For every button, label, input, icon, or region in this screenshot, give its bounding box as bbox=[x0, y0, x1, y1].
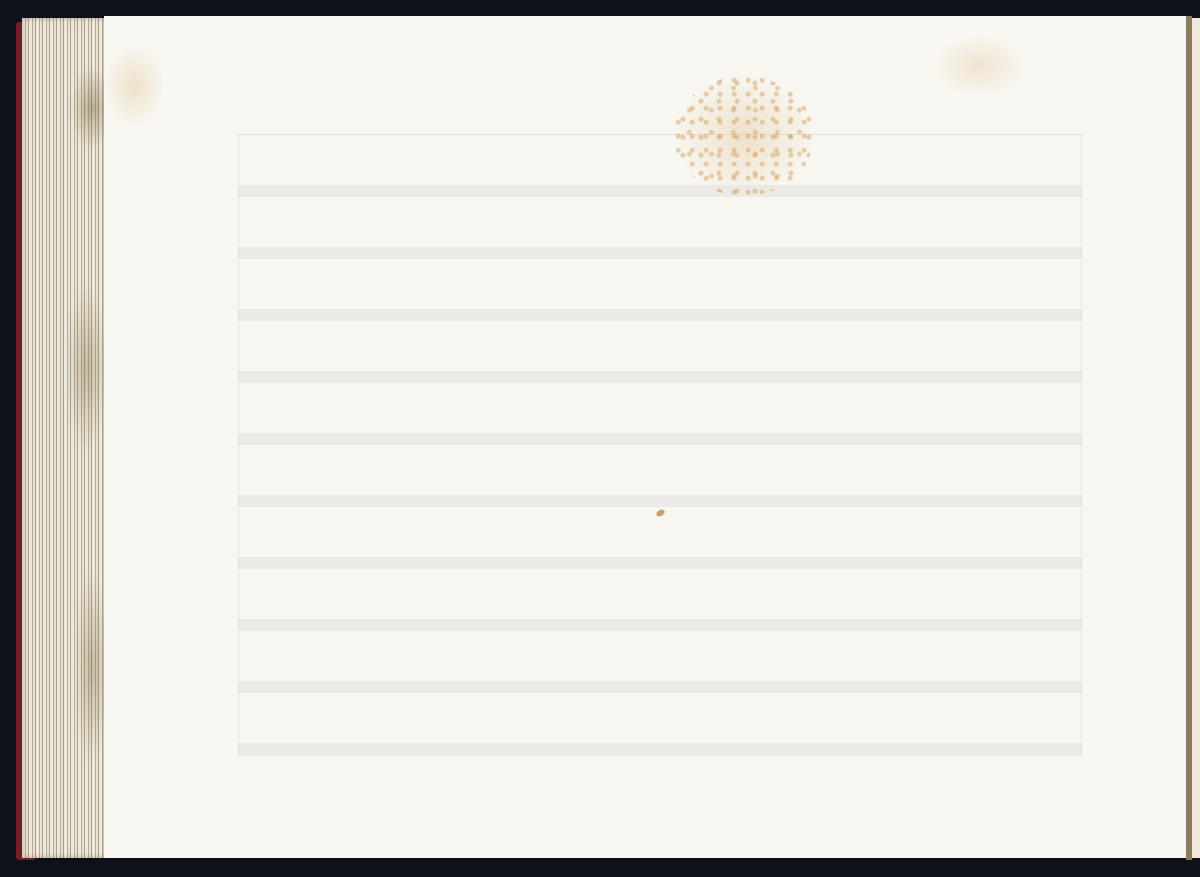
foxing-stain-top-right bbox=[934, 36, 1024, 96]
foxing-cluster bbox=[674, 76, 814, 196]
adjacent-page bbox=[1192, 18, 1200, 858]
bleed-through-print bbox=[238, 134, 1082, 756]
page-stack-fore-edge bbox=[22, 18, 108, 858]
book-photo bbox=[0, 0, 1200, 877]
blank-page bbox=[104, 16, 1190, 858]
foxing-stain-top-left bbox=[104, 46, 164, 126]
